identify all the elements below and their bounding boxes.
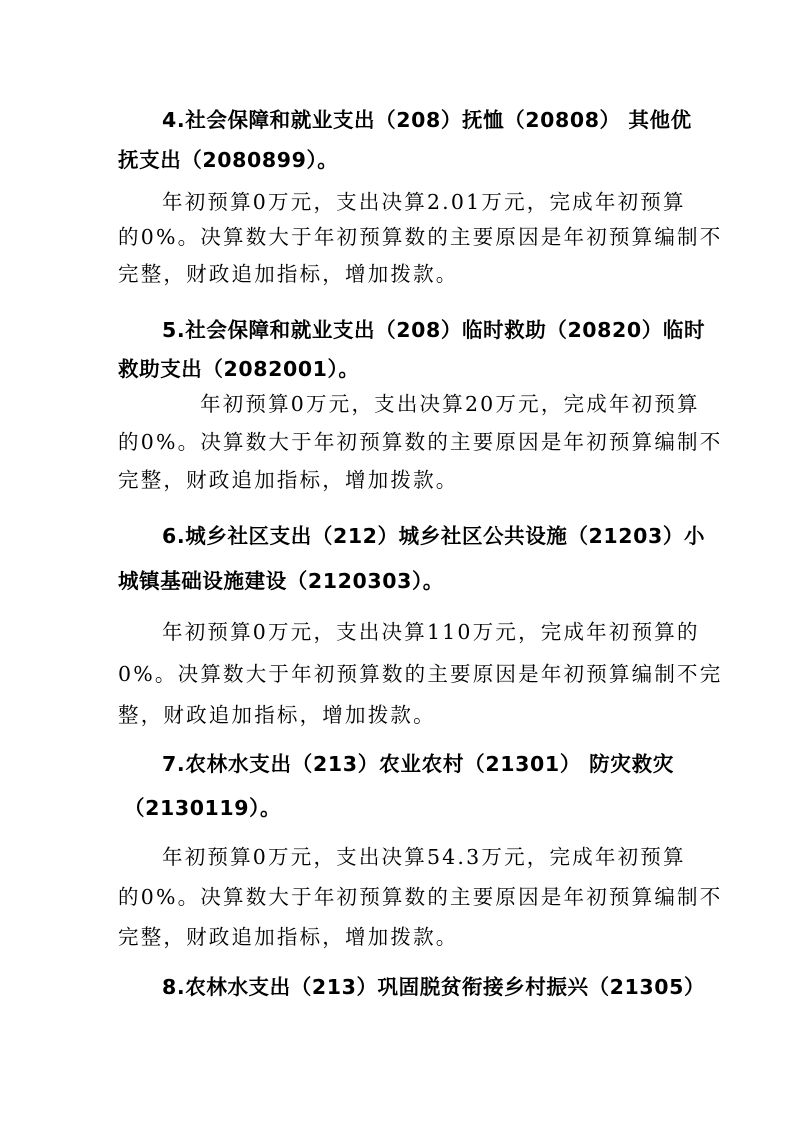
- body-paragraph-line: 年初预算0万元，支出决算2.01万元，完成年初预算: [162, 190, 674, 214]
- section-heading-line: 7.农林水支出（213）农业农村（21301） 防灾救灾: [162, 752, 674, 776]
- section-heading-line: 城镇基础设施建设（2120303）。: [118, 569, 678, 593]
- section-heading-line: 6.城乡社区支出（212）城乡社区公共设施（21203）小: [162, 524, 674, 548]
- body-paragraph-line: 的0%。决算数大于年初预算数的主要原因是年初预算编制不: [118, 430, 674, 454]
- body-paragraph-line: 的0%。决算数大于年初预算数的主要原因是年初预算编制不: [118, 225, 674, 249]
- body-paragraph-line: 年初预算0万元，支出决算54.3万元，完成年初预算: [162, 845, 674, 869]
- section-heading-line: 8.农林水支出（213）巩固脱贫衔接乡村振兴（21305）: [162, 975, 668, 999]
- body-paragraph-line: 完整，财政追加指标，增加拨款。: [118, 468, 678, 492]
- body-paragraph-line: 完整，财政追加指标，增加拨款。: [118, 925, 678, 949]
- section-heading-line: 4.社会保障和就业支出（208）抚恤（20808） 其他优: [162, 108, 668, 132]
- body-paragraph-line: 整，财政追加指标，增加拨款。: [118, 703, 678, 727]
- section-heading-line: （2130119）。: [124, 796, 684, 820]
- body-paragraph-line: 的0%。决算数大于年初预算数的主要原因是年初预算编制不: [118, 885, 674, 909]
- section-heading-line: 抚支出（2080899）。: [118, 148, 678, 172]
- body-paragraph-line: 0%。决算数大于年初预算数的主要原因是年初预算编制不完: [118, 662, 674, 686]
- body-paragraph-line: 年初预算0万元，支出决算20万元，完成年初预算: [200, 392, 674, 416]
- body-paragraph-line: 完整，财政追加指标，增加拨款。: [118, 262, 678, 286]
- section-heading-line: 救助支出（2082001）。: [118, 357, 678, 381]
- body-paragraph-line: 年初预算0万元，支出决算110万元，完成年初预算的: [162, 620, 674, 644]
- section-heading-line: 5.社会保障和就业支出（208）临时救助（20820）临时: [162, 318, 674, 342]
